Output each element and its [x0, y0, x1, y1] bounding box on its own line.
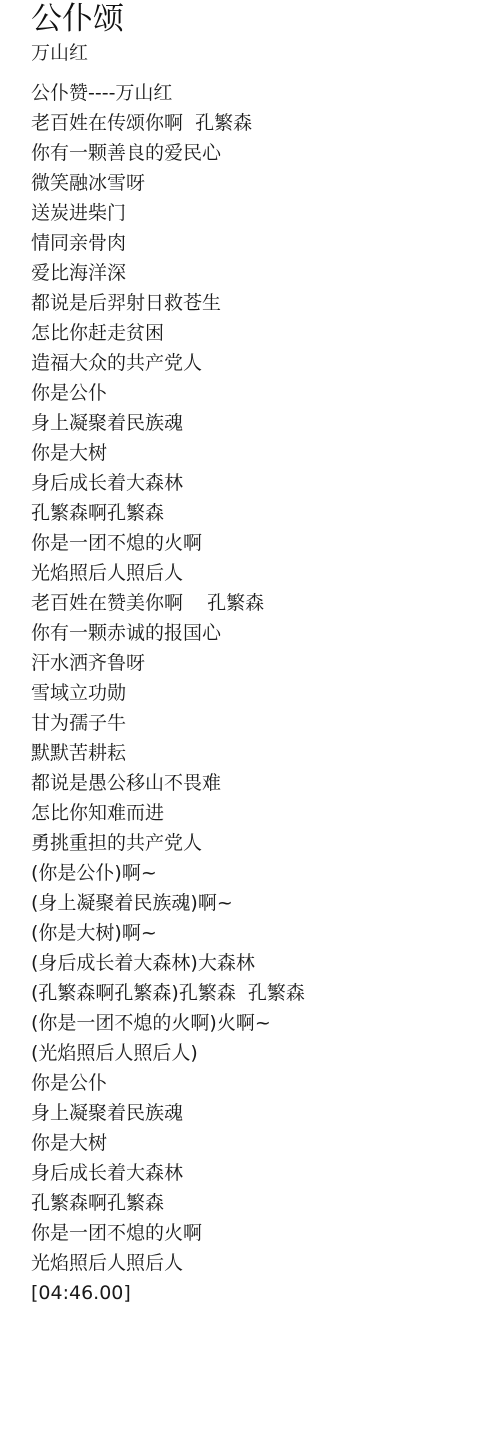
song-artist: 万山红: [31, 38, 500, 68]
lyric-line: 身后成长着大森林: [31, 1158, 500, 1188]
lyric-line: (身后成长着大森林)大森林: [31, 948, 500, 978]
lyric-line: 光焰照后人照后人: [31, 558, 500, 588]
lyric-line: (光焰照后人照后人): [31, 1038, 500, 1068]
lyric-line: 都说是后羿射日救苍生: [31, 288, 500, 318]
lyric-line: 你是大树: [31, 1128, 500, 1158]
lyric-line: 微笑融冰雪呀: [31, 168, 500, 198]
lyric-line: 雪域立功勋: [31, 678, 500, 708]
lyric-line: 默默苦耕耘: [31, 738, 500, 768]
lyric-line: 老百姓在赞美你啊 孔繁森: [31, 588, 500, 618]
lyric-line: 身后成长着大森林: [31, 468, 500, 498]
lyric-line: 爱比海洋深: [31, 258, 500, 288]
lyric-line: 光焰照后人照后人: [31, 1248, 500, 1278]
lyric-line: 身上凝聚着民族魂: [31, 408, 500, 438]
lyric-line: 你是公仆: [31, 1068, 500, 1098]
lyric-line: 你有一颗善良的爱民心: [31, 138, 500, 168]
lyric-line: (你是大树)啊~: [31, 918, 500, 948]
lyric-line: 甘为孺子牛: [31, 708, 500, 738]
lyric-line: 情同亲骨肉: [31, 228, 500, 258]
lyrics-page: 公仆颂 万山红 公仆赞----万山红老百姓在传颂你啊 孔繁森你有一颗善良的爱民心…: [0, 0, 500, 1308]
lyric-line: (身上凝聚着民族魂)啊~: [31, 888, 500, 918]
lyric-line: 你是大树: [31, 438, 500, 468]
lyric-line: 怎比你赶走贫困: [31, 318, 500, 348]
lyric-line: (你是一团不熄的火啊)火啊~: [31, 1008, 500, 1038]
lyric-line: (孔繁森啊孔繁森)孔繁森 孔繁森: [31, 978, 500, 1008]
lyric-line: 公仆赞----万山红: [31, 78, 500, 108]
lyric-line: 都说是愚公移山不畏难: [31, 768, 500, 798]
lyric-line: 勇挑重担的共产党人: [31, 828, 500, 858]
lyrics-body: 公仆赞----万山红老百姓在传颂你啊 孔繁森你有一颗善良的爱民心微笑融冰雪呀送炭…: [31, 78, 500, 1308]
lyric-line: 你有一颗赤诚的报国心: [31, 618, 500, 648]
lyric-line: 你是一团不熄的火啊: [31, 1218, 500, 1248]
lyric-line: 造福大众的共产党人: [31, 348, 500, 378]
lyric-line: (你是公仆)啊~: [31, 858, 500, 888]
song-title: 公仆颂: [31, 0, 500, 38]
lyric-line: [04:46.00]: [31, 1278, 500, 1308]
lyric-line: 汗水洒齐鲁呀: [31, 648, 500, 678]
lyric-line: 你是公仆: [31, 378, 500, 408]
lyric-line: 你是一团不熄的火啊: [31, 528, 500, 558]
lyric-line: 怎比你知难而进: [31, 798, 500, 828]
lyric-line: 孔繁森啊孔繁森: [31, 498, 500, 528]
lyric-line: 送炭进柴门: [31, 198, 500, 228]
lyric-line: 孔繁森啊孔繁森: [31, 1188, 500, 1218]
lyric-line: 身上凝聚着民族魂: [31, 1098, 500, 1128]
lyric-line: 老百姓在传颂你啊 孔繁森: [31, 108, 500, 138]
